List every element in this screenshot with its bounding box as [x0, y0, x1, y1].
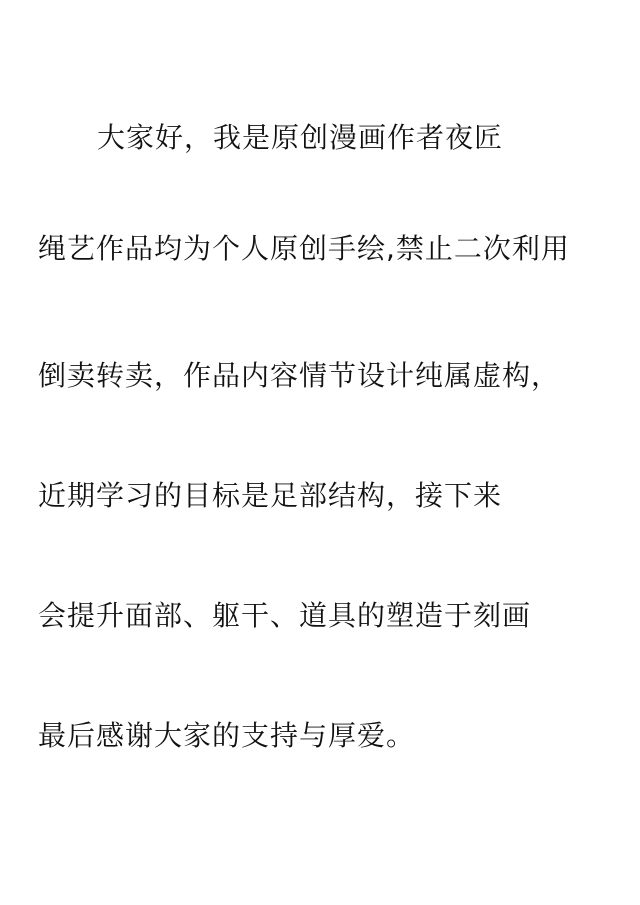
- disclaimer-line: 倒卖转卖，作品内容情节设计纯属虚构，: [38, 356, 560, 396]
- greeting-line: 大家好，我是原创漫画作者夜匠: [97, 118, 503, 158]
- future-plan-line: 会提升面部、躯干、道具的塑造于刻画: [38, 596, 531, 636]
- study-goal-line: 近期学习的目标是足部结构，接下来: [38, 476, 502, 516]
- copyright-notice-line: 绳艺作品均为个人原创手绘,禁止二次利用: [38, 229, 570, 269]
- thanks-line: 最后感谢大家的支持与厚爱。: [38, 716, 415, 756]
